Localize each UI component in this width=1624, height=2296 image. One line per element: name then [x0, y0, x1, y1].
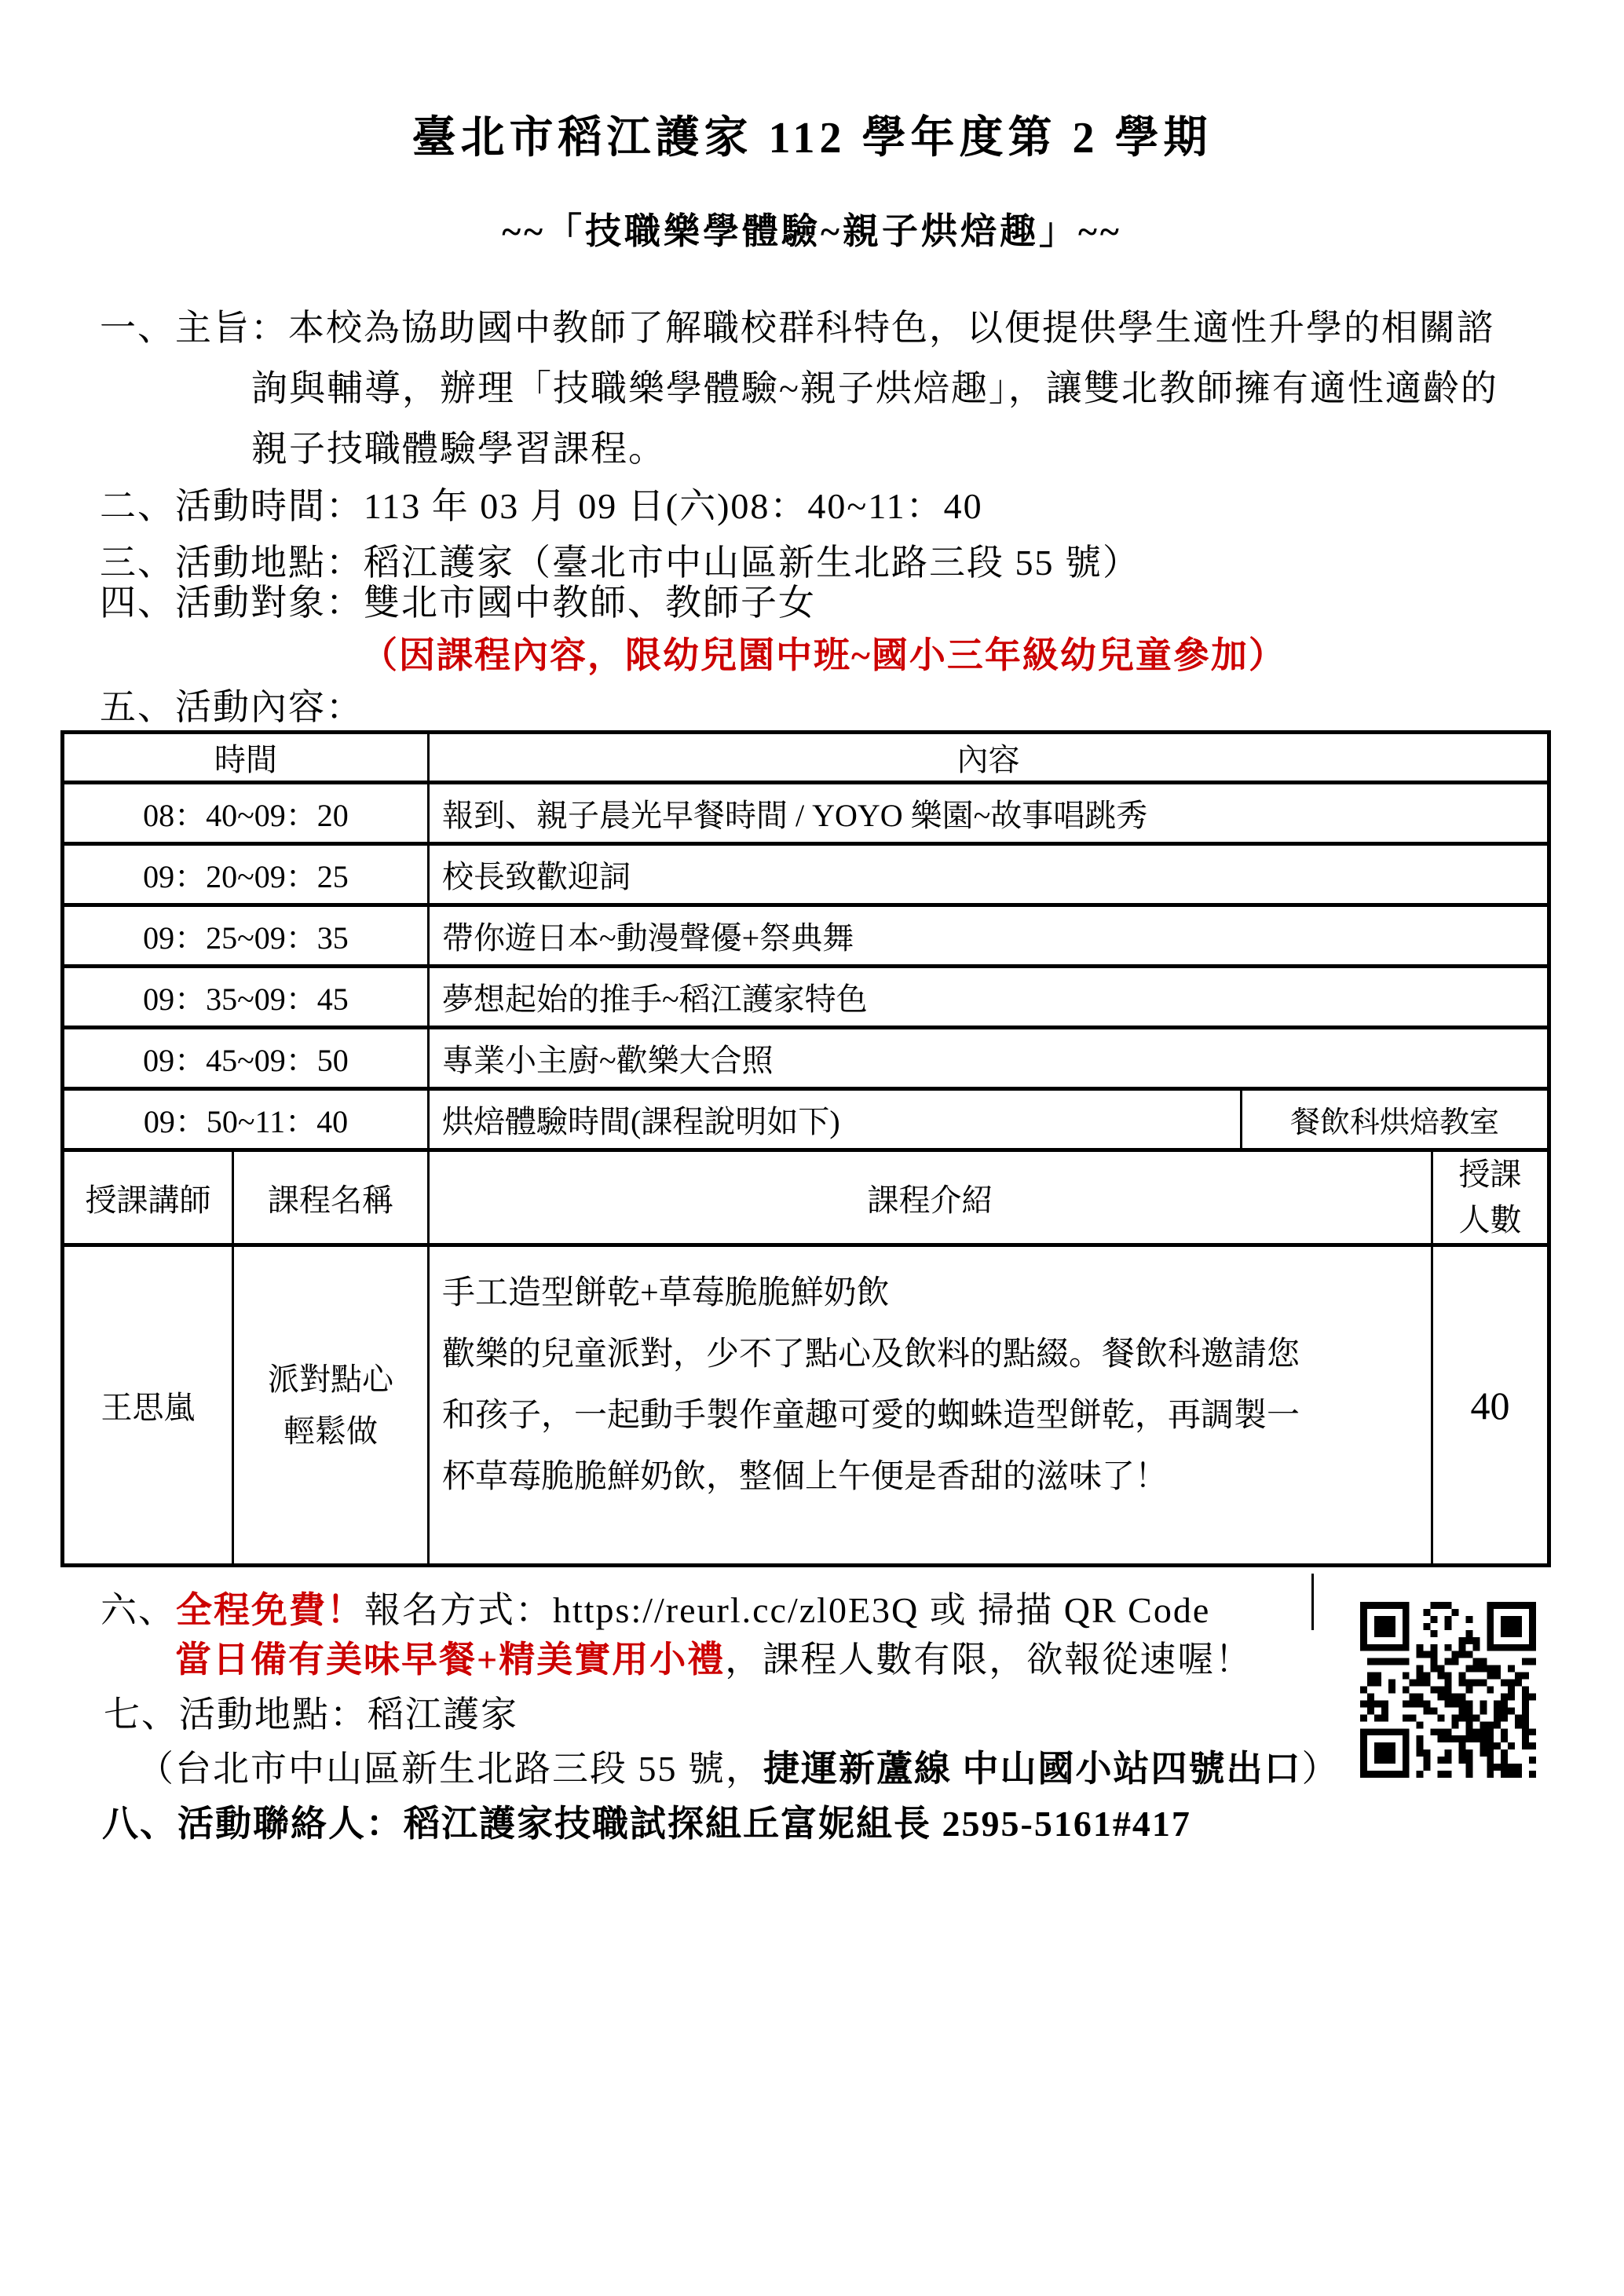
course-name-line1: 派對點心 — [247, 1354, 415, 1406]
course-intro-line1: 手工造型餅乾+草莓脆脆鮮奶飲 — [442, 1263, 1418, 1324]
course-header-count-line1: 授課 — [1446, 1152, 1534, 1197]
schedule-time: 09：45~09：50 — [63, 1028, 429, 1089]
course-row: 王思嵐 派對點心 輕鬆做 手工造型餅乾+草莓脆脆鮮奶飲 歡樂的兒童派對，少不了點… — [63, 1245, 1549, 1566]
schedule-time: 09：35~09：45 — [63, 967, 429, 1028]
section-8-contact: 八、活動聯絡人：稻江護家技職試探組丘富妮組長 2595-5161#417 — [102, 1806, 1191, 1842]
table-row: 09：45~09：50 專業小主廚~歡樂大合照 — [63, 1028, 1549, 1089]
signup-method-label: 報名方式： — [364, 1590, 553, 1630]
course-header-row: 授課講師 課程名稱 課程介紹 授課 人數 — [63, 1150, 1549, 1245]
schedule-content: 專業小主廚~歡樂大合照 — [429, 1028, 1549, 1089]
course-intro-line4: 杯草莓脆脆鮮奶飲，整個上午便是香甜的滋味了！ — [442, 1446, 1418, 1508]
schedule-content: 夢想起始的推手~稻江護家特色 — [429, 967, 1549, 1028]
schedule-content: 校長致歡迎詞 — [429, 844, 1549, 905]
page-subtitle: ~~「技職樂學體驗~親子烘焙趣」~~ — [0, 214, 1624, 250]
table-row: 08：40~09：20 報到、親子晨光早餐時間 / YOYO 樂園~故事唱跳秀 — [63, 783, 1549, 844]
schedule-header-row: 時間 內容 — [63, 733, 1549, 783]
section-1-purpose-line3: 親子技職體驗學習課程。 — [251, 431, 666, 467]
schedule-time: 09：25~09：35 — [63, 905, 429, 967]
course-header-count: 授課 人數 — [1432, 1150, 1549, 1245]
gift-text: 當日備有美味早餐+精美實用小禮 — [175, 1640, 725, 1680]
section-3-place: 三、活動地點：稻江護家（臺北市中山區新生北路三段 55 號） — [100, 545, 1140, 581]
schedule-content: 帶你遊日本~動漫聲優+祭典舞 — [429, 905, 1549, 967]
schedule-header-time: 時間 — [63, 733, 429, 783]
schedule-content: 烘焙體驗時間(課程說明如下) — [429, 1089, 1242, 1150]
activity-schedule-table: 時間 內容 08：40~09：20 報到、親子晨光早餐時間 / YOYO 樂園~… — [60, 730, 1551, 1567]
section-6-signup: 六、全程免費！報名方式：https://reurl.cc/zl0E3Q 或 掃描… — [101, 1592, 1210, 1629]
course-header-name: 課程名稱 — [233, 1150, 429, 1245]
course-intro-line3: 和孩子，一起動手製作童趣可愛的蜘蛛造型餅乾，再調製一 — [442, 1385, 1418, 1446]
document-page: 臺北市稻江護家 112 學年度第 2 學期 ~~「技職樂學體驗~親子烘焙趣」~~… — [0, 0, 1624, 2296]
course-teacher: 王思嵐 — [63, 1245, 233, 1566]
section-1-purpose-line2: 詢與輔導，辦理「技職樂學體驗~親子烘焙趣」，讓雙北教師擁有適性適齡的 — [251, 371, 1498, 407]
page-title: 臺北市稻江護家 112 學年度第 2 學期 — [0, 116, 1624, 160]
table-row: 09：20~09：25 校長致歡迎詞 — [63, 844, 1549, 905]
course-name-line2: 輕鬆做 — [247, 1406, 415, 1457]
course-header-count-line2: 人數 — [1446, 1197, 1534, 1243]
schedule-time: 09：20~09：25 — [63, 844, 429, 905]
address-post: ） — [1302, 1749, 1340, 1789]
schedule-time: 09：50~11：40 — [63, 1089, 429, 1150]
metro-exit-text: 捷運新蘆線 中山國小站四號出口 — [763, 1749, 1302, 1789]
table-row: 09：25~09：35 帶你遊日本~動漫聲優+祭典舞 — [63, 905, 1549, 967]
section-2-time: 二、活動時間：113 年 03 月 09 日(六)08：40~11：40 — [100, 488, 983, 525]
table-row: 09：50~11：40 烘焙體驗時間(課程說明如下) 餐飲科烘焙教室 — [63, 1089, 1549, 1150]
qr-scan-text: 或 掃描 QR Code — [919, 1590, 1210, 1630]
schedule-content: 報到、親子晨光早餐時間 / YOYO 樂園~故事唱跳秀 — [429, 783, 1549, 844]
section-4-restriction-note: （因課程內容，限幼兒園中班~國小三年級幼兒童參加） — [361, 638, 1286, 674]
section-7-address: （台北市中山區新生北路三段 55 號，捷運新蘆線 中山國小站四號出口） — [137, 1751, 1340, 1787]
section-6-label: 六、 — [101, 1590, 176, 1630]
table-row: 09：35~09：45 夢想起始的推手~稻江護家特色 — [63, 967, 1549, 1028]
address-pre: （台北市中山區新生北路三段 55 號， — [137, 1749, 763, 1789]
course-name: 派對點心 輕鬆做 — [233, 1245, 429, 1566]
course-header-intro: 課程介紹 — [429, 1150, 1432, 1245]
course-header-teacher: 授課講師 — [63, 1150, 233, 1245]
course-intro: 手工造型餅乾+草莓脆脆鮮奶飲 歡樂的兒童派對，少不了點心及飲料的點綴。餐飲科邀請… — [429, 1245, 1432, 1566]
section-5-content-label: 五、活動內容： — [100, 689, 364, 726]
schedule-time: 08：40~09：20 — [63, 783, 429, 844]
section-4-audience: 四、活動對象：雙北市國中教師、教師子女 — [100, 585, 816, 621]
section-1-purpose-line1: 一、主旨：本校為協助國中教師了解職校群科特色，以便提供學生適性升學的相關諮 — [100, 310, 1494, 346]
text-cursor — [1311, 1574, 1314, 1630]
section-7-place: 七、活動地點：稻江護家 — [104, 1697, 518, 1733]
qr-code — [1360, 1602, 1536, 1778]
signup-url: https://reurl.cc/zl0E3Q — [553, 1590, 919, 1630]
course-count: 40 — [1432, 1245, 1549, 1566]
section-6-gift-line: 當日備有美味早餐+精美實用小禮，課程人數有限，欲報從速喔！ — [175, 1642, 1253, 1678]
gift-rest-text: ，課程人數有限，欲報從速喔！ — [725, 1640, 1253, 1680]
free-of-charge-text: 全程免費！ — [176, 1590, 364, 1630]
schedule-location: 餐飲科烘焙教室 — [1242, 1089, 1549, 1150]
course-intro-line2: 歡樂的兒童派對，少不了點心及飲料的點綴。餐飲科邀請您 — [442, 1324, 1418, 1385]
schedule-header-content: 內容 — [429, 733, 1549, 783]
